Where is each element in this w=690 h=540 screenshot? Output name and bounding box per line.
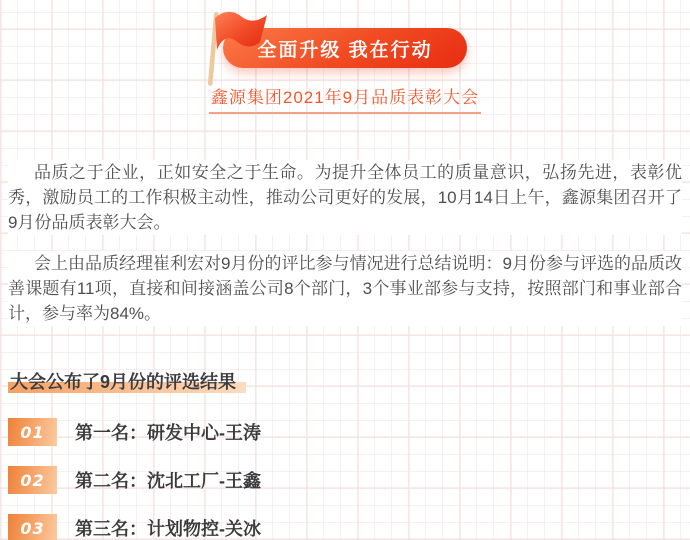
results-list: 01 第一名：研发中心-王涛 02 第二名：沈北工厂-王鑫 03 第三名：计划物… [8, 418, 690, 540]
rank-badge-2: 02 [8, 466, 57, 494]
result-label-2: 第二名：沈北工厂-王鑫 [75, 467, 261, 493]
article-page: 全面升级 我在行动 鑫源集团2021年9月品质表彰大会 品质之于企业，正如安全之… [0, 0, 690, 540]
result-label-1: 第一名：研发中心-王涛 [75, 419, 261, 445]
result-row-1: 01 第一名：研发中心-王涛 [8, 418, 690, 446]
results-heading: 大会公布了9月份的评选结果 [10, 368, 690, 394]
paragraph-intro: 品质之于企业，正如安全之于生命。为提升全体员工的质量意识，弘扬先进，表彰优秀，激… [8, 160, 682, 235]
result-label-3: 第三名：计划物控-关冰 [75, 515, 261, 540]
banner: 全面升级 我在行动 [0, 28, 690, 68]
subtitle-row: 鑫源集团2021年9月品质表彰大会 [0, 83, 690, 114]
article-header: 全面升级 我在行动 鑫源集团2021年9月品质表彰大会 [0, 0, 690, 114]
rank-badge-3: 03 [8, 514, 57, 540]
result-row-2: 02 第二名：沈北工厂-王鑫 [8, 466, 690, 494]
rank-badge-1: 01 [8, 418, 57, 446]
article-body: 品质之于企业，正如安全之于生命。为提升全体员工的质量意识，弘扬先进，表彰优秀，激… [0, 160, 690, 540]
banner-title: 全面升级 我在行动 [257, 35, 432, 62]
results-heading-text: 大会公布了9月份的评选结果 [8, 372, 246, 394]
banner-pill: 全面升级 我在行动 [223, 28, 466, 68]
paragraph-summary: 会上由品质经理崔利宏对9月份的评比参与情况进行总结说明：9月份参与评选的品质改善… [8, 251, 682, 326]
result-row-3: 03 第三名：计划物控-关冰 [8, 514, 690, 540]
article-subtitle: 鑫源集团2021年9月品质表彰大会 [209, 83, 481, 114]
